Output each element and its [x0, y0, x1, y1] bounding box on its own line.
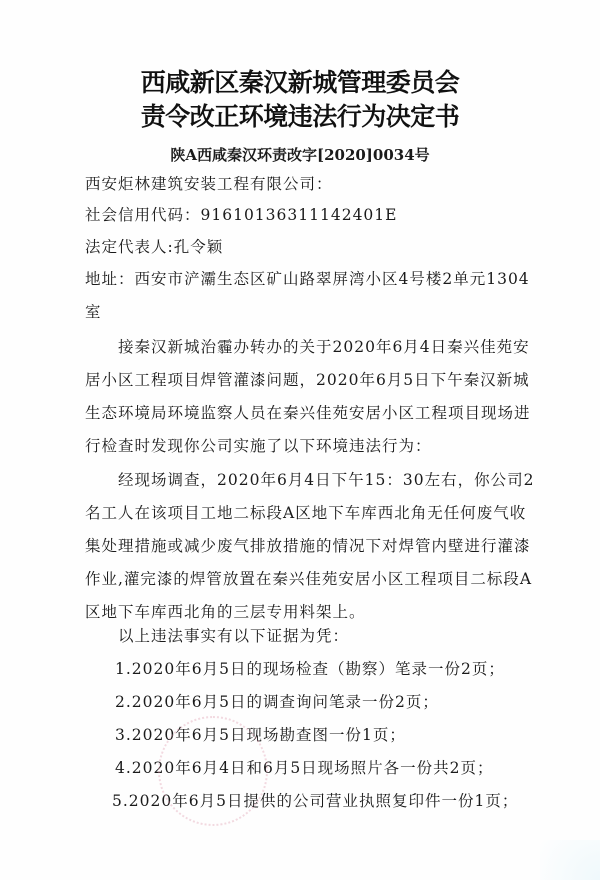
document-number: 陕A西咸秦汉环责改字[2020]0034号	[0, 144, 600, 166]
paragraph1-line: 接秦汉新城治霾办转办的关于2020年6月4日秦兴佳苑安	[118, 336, 530, 358]
evidence-item: 2.2020年6月5日的调查询问笔录一份2页；	[115, 691, 439, 713]
paragraph2-line: 作业,灌完漆的焊管放置在秦兴佳苑安居小区工程项目二标段A	[85, 568, 532, 590]
credit-code: 社会信用代码：91610136311142401E	[85, 204, 397, 226]
issuer-title: 西咸新区秦汉新城管理委员会	[0, 66, 600, 100]
scan-artifact	[540, 840, 600, 880]
evidence-intro: 以上违法事实有以下证据为凭：	[118, 625, 349, 647]
evidence-item: 5.2020年6月5日提供的公司营业执照复印件一份1页；	[112, 790, 518, 812]
paragraph2-line: 经现场调查，2020年6月4日下午15：30左右，你公司2	[118, 469, 534, 491]
paragraph1-line: 生态环境局环境监察人员在秦兴佳苑安居小区工程项目现场进	[85, 402, 531, 424]
document-page: 西咸新区秦汉新城管理委员会 责令改正环境违法行为决定书 陕A西咸秦汉环责改字[2…	[0, 0, 600, 880]
address-line-2: 室	[85, 301, 102, 323]
paragraph2-line: 名工人在该项目工地二标段A区地下车库西北角无任何废气收	[85, 502, 526, 524]
legal-representative: 法定代表人:孔令颖	[85, 236, 223, 258]
paragraph1-line: 行检查时发现你公司实施了以下环境违法行为：	[85, 435, 432, 457]
decision-title: 责令改正环境违法行为决定书	[0, 100, 600, 134]
evidence-item: 4.2020年6月4日和6月5日现场照片各一份共2页；	[115, 757, 494, 779]
evidence-item: 3.2020年6月5日现场勘查图一份1页；	[115, 724, 406, 746]
recipient-company: 西安炬林建筑安装工程有限公司：	[85, 173, 333, 195]
paragraph1-line: 居小区工程项目焊管灌漆问题，2020年6月5日下午秦汉新城	[85, 369, 530, 391]
evidence-item: 1.2020年6月5日的现场检查（勘察）笔录一份2页；	[115, 658, 505, 680]
paragraph2-line: 集处理措施或减少废气排放措施的情况下对焊管内壁进行灌漆	[85, 535, 531, 557]
address-line-1: 地址：西安市浐灞生态区矿山路翠屏湾小区4号楼2单元1304	[85, 268, 530, 290]
paragraph2-line: 区地下车库西北角的三层专用料架上。	[85, 601, 366, 623]
